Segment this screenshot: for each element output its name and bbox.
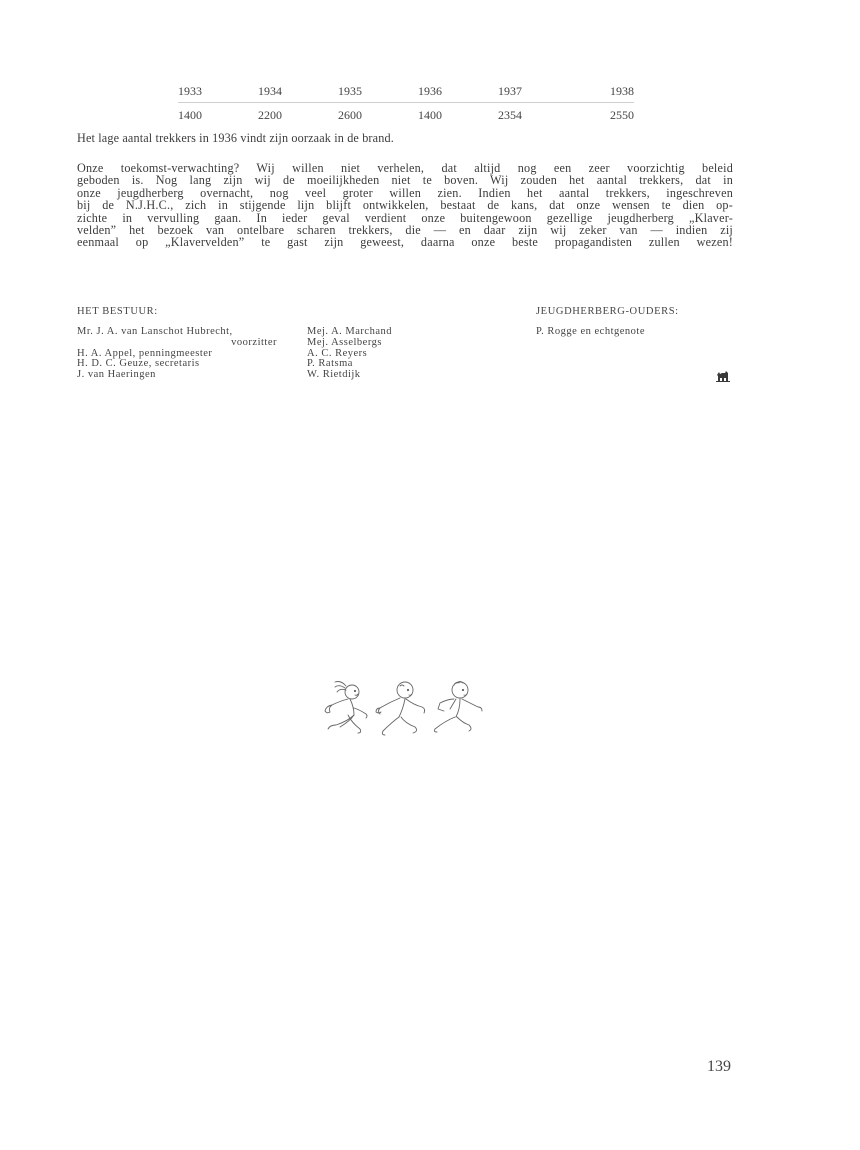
fire-note-paragraph: Het lage aantal trekkers in 1936 vindt z… (77, 131, 394, 146)
board-member: Mr. J. A. van Lanschot Hubrecht, voorzit… (77, 327, 277, 349)
printer-emblem-icon (716, 370, 730, 382)
board-members-list-1: Mr. J. A. van Lanschot Hubrecht, voorzit… (77, 327, 277, 381)
count-cell: 1400 (178, 103, 258, 125)
board-member: W. Rietdijk (307, 370, 467, 381)
table-row-counts: 1400 2200 2600 1400 2354 2550 (178, 103, 634, 125)
paragraph-line: eenmaal op „Klavervelden” te gast zijn g… (77, 236, 733, 248)
year-cell: 1933 (178, 82, 258, 103)
member-name: Mr. J. A. van Lanschot Hubrecht, (77, 326, 233, 337)
year-cell: 1938 (578, 82, 634, 103)
ouders-heading: JEUGDHERBERG-OUDERS: (536, 306, 679, 317)
count-cell: 2600 (338, 103, 418, 125)
outlook-paragraph: Onze toekomst-verwachting? Wij willen ni… (77, 162, 733, 249)
board-member: Mej. Asselbergs (307, 338, 467, 349)
year-cell: 1935 (338, 82, 418, 103)
running-children-illustration (310, 678, 492, 746)
hostel-parents-list: P. Rogge en echtgenote (536, 327, 736, 338)
board-member: J. van Haeringen (77, 370, 277, 381)
count-cell: 2550 (578, 103, 634, 125)
year-cell: 1936 (418, 82, 498, 103)
year-cell: 1934 (258, 82, 338, 103)
paragraph-line: geboden is. Nog lang zijn wij de moeilij… (77, 174, 733, 186)
count-cell: 1400 (418, 103, 498, 125)
year-cell: 1937 (498, 82, 578, 103)
paragraph-line: bij de N.J.H.C., zich in stijgende lijn … (77, 199, 733, 211)
table-row-years: 1933 1934 1935 1936 1937 1938 (178, 82, 634, 103)
count-cell: 2354 (498, 103, 578, 125)
member-role: voorzitter (77, 338, 277, 349)
hostel-parent: P. Rogge en echtgenote (536, 327, 736, 338)
bestuur-heading: HET BESTUUR: (77, 306, 158, 317)
page-number: 139 (707, 1058, 731, 1076)
board-members-list-2: Mej. A. Marchand Mej. Asselbergs A. C. R… (307, 327, 467, 381)
visitor-statistics-table: 1933 1934 1935 1936 1937 1938 1400 2200 … (178, 82, 634, 124)
count-cell: 2200 (258, 103, 338, 125)
